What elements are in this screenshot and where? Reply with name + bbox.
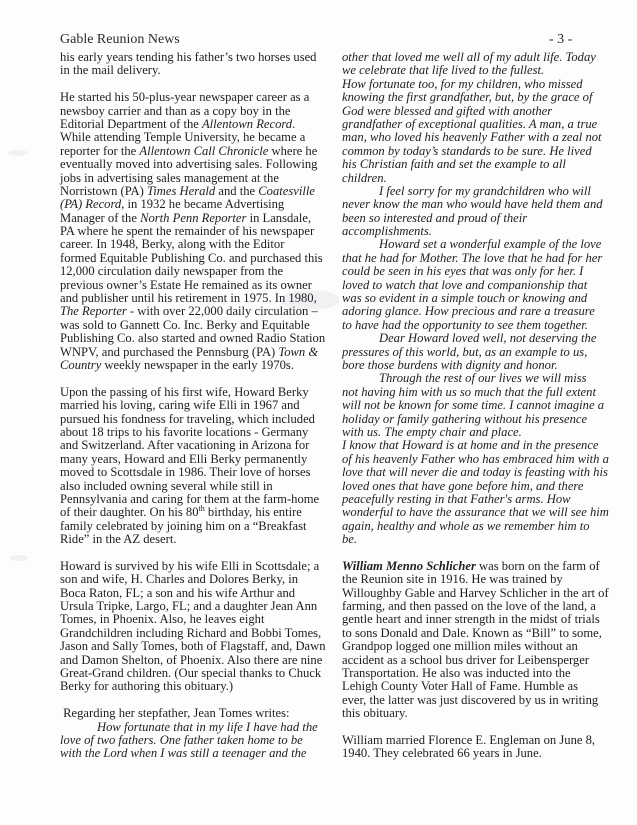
text-span: - with over 22,000 daily circulation –	[127, 304, 318, 318]
text-span: reporter for the	[60, 144, 139, 158]
text-line: Publishing Co. also started and owned Ra…	[60, 332, 310, 345]
text-line: Transportation. He also was inducted int…	[342, 667, 587, 680]
quote-line: God were blessed and gifted with another	[342, 105, 587, 118]
text-line: this obituary.	[342, 707, 587, 720]
quote-line: children.	[342, 172, 587, 185]
quote-line: love that will never die and today is fe…	[342, 466, 587, 479]
text-line: PA where he spent the remainder of his n…	[60, 225, 310, 238]
quote-line: will not be known for some time. I canno…	[342, 399, 587, 412]
quote-line: I feel sorry for my grandchildren who wi…	[342, 185, 587, 198]
quote-line: with us. The empty chair and place.	[342, 426, 587, 439]
text-line: Regarding her stepfather, Jean Tomes wri…	[60, 707, 310, 720]
text-span: birthday, his entire	[205, 505, 302, 519]
quote-line: bore those burdens with dignity and hono…	[342, 359, 587, 372]
quote-line: grandfather of exceptional qualities. A …	[342, 118, 587, 131]
quote-line: was so evident in a simple touch or know…	[342, 292, 587, 305]
text-line: Berky for authoring this obituary.)	[60, 680, 310, 693]
quote-line: not having him with us so much that the …	[342, 386, 587, 399]
text-line: While attending Temple University, he be…	[60, 131, 310, 144]
paragraph-horses: his early years tending his father’s two…	[60, 51, 310, 78]
text-line: Ride” in the AZ desert.	[60, 533, 310, 546]
text-line: and Damon Shelton, of Phoenix. Also ther…	[60, 654, 310, 667]
quote-line: How fortunate too, for my children, who …	[342, 78, 587, 91]
text-line: Editorial Department of the Allentown Re…	[60, 118, 310, 131]
text-line: (PA) Record, in 1932 he became Advertisi…	[60, 198, 310, 211]
scan-smudge	[10, 555, 28, 561]
tribute-quote: other that loved me well all of my adult…	[342, 51, 587, 546]
quote-line: I know that Howard is at home and in the…	[342, 439, 587, 452]
text-line: William Menno Schlicher was born on the …	[342, 560, 587, 573]
newsletter-page: Gable Reunion News - 3 - his early years…	[0, 0, 637, 825]
text-line: his early years tending his father’s two…	[60, 51, 310, 64]
text-line: was sold to Gannett Co. Inc. Berky and E…	[60, 319, 310, 332]
text-line: the Reunion site in 1916. He was trained…	[342, 573, 587, 586]
text-span: where he	[268, 144, 317, 158]
text-line: Grandchildren including Richard and Bobb…	[60, 627, 310, 640]
text-line: ever, the latter was just discovered by …	[342, 694, 587, 707]
newsletter-title: Gable Reunion News	[60, 32, 180, 48]
text-line: career. In 1948, Berky, along with the E…	[60, 238, 310, 251]
quote-line: common by today’s standards to be sure. …	[342, 145, 587, 158]
text-span: WNPV, and purchased the Pennsburg (PA)	[60, 345, 278, 359]
publication-name: Coatesville	[258, 184, 315, 198]
text-line: previous owner’s Estate He remained as i…	[60, 279, 310, 292]
text-line: 12,000 circulation daily newspaper from …	[60, 265, 310, 278]
quote-line: never know the man who would have held t…	[342, 198, 587, 211]
text-line: Boca Raton, FL; a son and his wife Arthu…	[60, 587, 310, 600]
quote-line: his Christian faith and set the example …	[342, 158, 587, 171]
text-line: Howard is survived by his wife Elli in S…	[60, 560, 310, 573]
text-line: The Reporter - with over 22,000 daily ci…	[60, 305, 310, 318]
text-line: William married Florence E. Engleman on …	[342, 734, 587, 747]
publication-name: Town &	[278, 345, 318, 359]
text-line: newsboy carrier and than as a copy boy i…	[60, 105, 310, 118]
text-line: 1940. They celebrated 66 years in June.	[342, 747, 587, 760]
text-line: about 18 trips to his favorite locations…	[60, 426, 310, 439]
text-line: Norristown (PA) Times Herald and the Coa…	[60, 185, 310, 198]
text-line: married his loving, caring wife Elli in …	[60, 399, 310, 412]
text-line: Willoughby Gable and Harvey Schlicher in…	[342, 587, 587, 600]
text-line: Ursula Tripke, Largo, FL; and a daughter…	[60, 600, 310, 613]
quote-line: adoring glance. How precious and rare a …	[342, 305, 587, 318]
publication-name: Allentown Record	[202, 117, 292, 131]
person-name: William Menno Schlicher	[342, 559, 476, 573]
publication-name: Allentown Call Chronicle	[139, 144, 268, 158]
text-line: gentle heart and inner strength in the m…	[342, 613, 587, 626]
text-line: also included owning several while still…	[60, 480, 310, 493]
quote-line: wonderful to have the assurance that we …	[342, 506, 587, 519]
text-line: jobs in advertising sales management at …	[60, 172, 310, 185]
publication-name: Times Herald	[147, 184, 215, 198]
text-span: of their daughter. On his 80	[60, 505, 199, 519]
quote-line: we celebrate that life lived to the full…	[342, 64, 587, 77]
paragraph-second-marriage: Upon the passing of his first wife, Howa…	[60, 386, 310, 547]
text-line: and publisher until his retirement in 19…	[60, 292, 310, 305]
text-line: and Switzerland. After vacationing in Ar…	[60, 439, 310, 452]
scan-smudge	[8, 150, 28, 156]
right-column: other that loved me well all of my adult…	[342, 51, 587, 761]
paragraph-survivors: Howard is survived by his wife Elli in S…	[60, 560, 310, 694]
publication-name: The Reporter	[60, 304, 127, 318]
quote-line: holiday or family gathering without his …	[342, 413, 587, 426]
text-span: Norristown (PA)	[60, 184, 147, 198]
quote-line: accomplishments.	[342, 225, 587, 238]
quote-line: loved to watch that love and companionsh…	[342, 279, 587, 292]
text-span: Editorial Department of the	[60, 117, 202, 131]
text-span: Manager of the	[60, 211, 140, 225]
quote-line: could be seen in his eyes that was only …	[342, 265, 587, 278]
left-column: his early years tending his father’s two…	[60, 51, 310, 761]
paragraph-stepfather-intro: Regarding her stepfather, Jean Tomes wri…	[60, 707, 310, 761]
text-line: pursued his fondness for traveling, whic…	[60, 413, 310, 426]
text-line: Great-Grand children. (Our special thank…	[60, 667, 310, 680]
paragraph-marriage: William married Florence E. Engleman on …	[342, 734, 587, 761]
text-span: .	[292, 117, 295, 131]
page-number: - 3 -	[549, 32, 572, 48]
text-line: farming, and then passed on the love of …	[342, 600, 587, 613]
quote-line: other that loved me well all of my adult…	[342, 51, 587, 64]
text-span: weekly newspaper in the early 1970s.	[101, 358, 294, 372]
quote-line: Through the rest of our lives we will mi…	[342, 372, 587, 385]
text-line: Tomes, in Phoenix. Also, he leaves eight	[60, 613, 310, 626]
publication-name: Country	[60, 358, 101, 372]
text-span: in 1932 he became Advertising	[124, 197, 284, 211]
publication-name: North Penn Reporter	[140, 211, 246, 225]
quote-line: that he had for Mother. The love that he…	[342, 252, 587, 265]
quote-line: man, who loved his heavenly Father with …	[342, 131, 587, 144]
quote-line: loved ones that have gone before him, an…	[342, 480, 587, 493]
quote-line: with the Lord when I was still a teenage…	[60, 747, 310, 760]
text-line: He started his 50-plus-year newspaper ca…	[60, 91, 310, 104]
quote-line: How fortunate that in my life I have had…	[60, 721, 310, 734]
text-span: was born on the farm of	[476, 559, 600, 573]
text-line: Country weekly newspaper in the early 19…	[60, 359, 310, 372]
paragraph-career: He started his 50-plus-year newspaper ca…	[60, 91, 310, 372]
quote-line: Dear Howard loved well, not deserving th…	[342, 332, 587, 345]
quote-line: to have had the opportunity to see them …	[342, 319, 587, 332]
text-line: eventually moved into advertising sales.…	[60, 158, 310, 171]
text-line: many years, Howard and Elli Berky perman…	[60, 453, 310, 466]
text-line: of their daughter. On his 80th birthday,…	[60, 506, 310, 519]
quote-line: Howard set a wonderful example of the lo…	[342, 238, 587, 251]
text-line: reporter for the Allentown Call Chronicl…	[60, 145, 310, 158]
text-line: Grandpop logged one million miles withou…	[342, 640, 587, 653]
quote-line: pressures of this world, but, as an exam…	[342, 346, 587, 359]
text-line: son and wife, H. Charles and Dolores Ber…	[60, 573, 310, 586]
paragraph-schlicher: William Menno Schlicher was born on the …	[342, 560, 587, 721]
quote-line: love of two fathers. One father taken ho…	[60, 734, 310, 747]
text-line: to sons Donald and Dale. Known as “Bill”…	[342, 627, 587, 640]
text-line: accident as a school bus driver for Leib…	[342, 654, 587, 667]
text-line: Jason and Sally Tomes, both of Flagstaff…	[60, 640, 310, 653]
text-line: WNPV, and purchased the Pennsburg (PA) T…	[60, 346, 310, 359]
text-span: and the	[215, 184, 258, 198]
text-line: in the mail delivery.	[60, 64, 310, 77]
quote-line: of his heavenly Father who has embraced …	[342, 453, 587, 466]
text-line: Upon the passing of his first wife, Howa…	[60, 386, 310, 399]
text-line: Manager of the North Penn Reporter in La…	[60, 212, 310, 225]
quote-line: again, healthy and whole as we remember …	[342, 520, 587, 533]
text-line: Lehigh County Voter Hall of Fame. Humble…	[342, 680, 587, 693]
text-line: moved to Scottsdale in 1986. Their love …	[60, 466, 310, 479]
text-line: family celebrated by joining him on a “B…	[60, 520, 310, 533]
quote-line: peacefully resting in that Father's arms…	[342, 493, 587, 506]
text-span: in Lansdale,	[246, 211, 311, 225]
quote-line: knowing the first grandfather, but, by t…	[342, 91, 587, 104]
quote-line: be.	[342, 533, 587, 546]
text-line: formed Equitable Publishing Co. and purc…	[60, 252, 310, 265]
publication-name: (PA) Record,	[60, 197, 124, 211]
quote-line: been so interested and proud of their	[342, 212, 587, 225]
